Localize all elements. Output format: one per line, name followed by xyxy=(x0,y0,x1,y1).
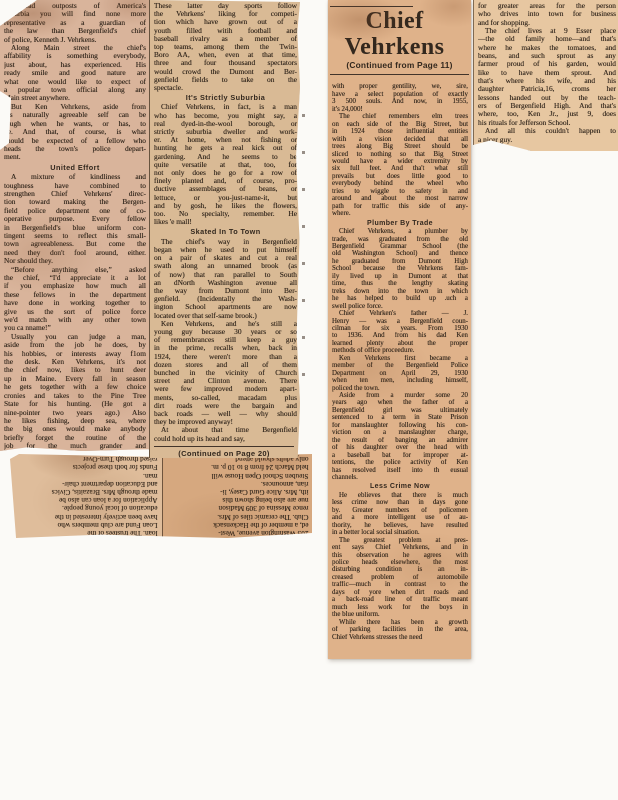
text-line: began when he used to put himself xyxy=(154,246,297,254)
text-line: who has become, you might say, a xyxy=(154,112,297,120)
text-line: tingent seems to reflect this small- xyxy=(4,232,146,240)
text-line: Loan Fund are club members who xyxy=(14,521,158,529)
text-line: aside from the job he does, by xyxy=(4,341,146,349)
upside-down-right-text: 205 Washington avenue, West-ed, a member… xyxy=(163,454,313,538)
text-line: He eblieves that there is much xyxy=(332,492,468,499)
text-line: prevails but does little good to xyxy=(332,173,468,180)
text-line: The chief remembers elm trees xyxy=(332,113,468,120)
text-line: the chief, “I'd appreciate it a lot xyxy=(4,274,146,282)
text-line: methods of office proceedure. xyxy=(332,347,468,354)
text-line: less crime now than in days gone xyxy=(332,499,468,506)
text-line: top teams, among them the Twin- xyxy=(154,43,297,51)
text-line: when ten men, including himself, xyxy=(332,377,468,384)
paragraph: He eblieves that there is muchless crime… xyxy=(332,492,468,537)
upside-down-right-piece: 205 Washington avenue, West-ed, a member… xyxy=(162,454,313,538)
text-line: nue are also being shown this xyxy=(167,496,309,504)
text-line: thority, he believes, have resulted xyxy=(332,522,468,529)
text-line: an dNorth Washington avenue all xyxy=(154,279,297,287)
clipping-right-column: for greater areas for the personwho driv… xyxy=(473,0,618,151)
clipping-chief-vehrkens: Chief Vehrkens (Continued from Page 11) … xyxy=(328,0,471,659)
text-line: time, thus the lengthy skating xyxy=(332,280,468,287)
text-line: a back-road line of traffic meant xyxy=(332,596,468,603)
text-line: a popular town official along any xyxy=(4,86,146,94)
text-line: sliced to nothing so that Big Street xyxy=(332,151,468,158)
text-line: three and four thousand spectators xyxy=(154,59,297,67)
text-line: for greater areas for the person xyxy=(478,2,616,10)
text-line: While there has been a growth xyxy=(332,619,468,626)
section-subhead: Less Crime Now xyxy=(332,483,468,490)
section-subhead: United Effort xyxy=(4,164,146,172)
text-line: a baseball bat for improper at- xyxy=(332,452,468,459)
text-line: genfield. (Incidentally the Wash- xyxy=(154,295,297,303)
paragraph: These latter day sports followthe Vehrke… xyxy=(154,2,297,92)
text-line: tentions, the police activity of Ken xyxy=(332,459,468,466)
paragraph: “Before anything else,” askedthe chief, … xyxy=(4,266,146,333)
text-line: sidespread outposts of America's xyxy=(4,2,146,10)
text-line: in a better local social situation. xyxy=(332,529,468,536)
text-line: we'd match with any other town xyxy=(4,316,146,324)
text-line: and Education department chair- xyxy=(14,480,158,488)
text-line: around and about the most narrow xyxy=(332,195,468,202)
text-line: they be improved anyway! xyxy=(154,418,297,426)
text-line: man. xyxy=(14,471,158,479)
text-line: like to have them sprout. And xyxy=(478,69,616,77)
upside-down-left-text: loan. The trustees of theLoan Fund are c… xyxy=(10,454,162,538)
text-line: Chief Vehrkens, in fact, is a man xyxy=(154,103,297,111)
text-line: the result of banging an admirer xyxy=(332,437,468,444)
text-line: Usually you can judge a man, xyxy=(4,333,146,341)
text-line: 3 500 souls. And now, in 1955, xyxy=(332,98,468,105)
text-line: —the old family home—and that's xyxy=(478,35,616,43)
text-line: The chief lives at 9 Esser place xyxy=(478,27,616,35)
text-line: education of local young people. xyxy=(14,504,158,512)
clipping-upside-down-fragment: loan. The trustees of theLoan Fund are c… xyxy=(10,454,312,538)
text-line: by. Greater numbers of policemen xyxy=(332,507,468,514)
text-line: street and Clinton avenue. There xyxy=(154,377,297,385)
text-line: creased problem of automobile xyxy=(332,574,468,581)
text-line: has resolved itself into th eusual xyxy=(332,467,468,474)
text-line: lessons handed out by the teach- xyxy=(478,94,616,102)
text-line: ments, so-called, macadam plus xyxy=(154,394,297,402)
text-line: Chief Vehrkens stresses the need xyxy=(332,634,468,641)
paragraph: with proper gentility, we, sire,have a s… xyxy=(332,83,468,113)
text-line: the way from Dumont into Ber- xyxy=(154,287,297,295)
text-line: police heads elsewhere, the most xyxy=(332,559,468,566)
text-line: Aside from a murder some 20 xyxy=(332,392,468,399)
text-line: witih a vision decided that all xyxy=(332,136,468,143)
text-line: At about that time Bergenfield xyxy=(154,426,297,434)
text-line: the big ones would make anybody xyxy=(4,425,146,433)
paragraph: The chief's way in Bergenfieldbegan when… xyxy=(154,238,297,320)
paragraph: for greater areas for the personwho driv… xyxy=(478,2,616,27)
paragraph: At about that time Bergenfieldcould hold… xyxy=(154,426,297,442)
text-line: member of the Bergenfield Police xyxy=(332,362,468,369)
text-line: genfield fields to take on the xyxy=(154,76,297,84)
continued-on-page-note: (Continued on Page 20) xyxy=(154,446,294,458)
text-line: cronies and takes to the Pine Tree xyxy=(4,392,146,400)
text-line: everybody behind the wheel who xyxy=(332,180,468,187)
paragraph: A mixture of kindliness andtoughness hav… xyxy=(4,173,146,265)
article-headline: Chief Vehrkens xyxy=(328,8,471,60)
text-line: days of yore when dirt roads and xyxy=(332,589,468,596)
text-line: town agreeableness. But come the xyxy=(4,240,146,248)
text-line: cilman for six years. From 1930 xyxy=(332,325,468,332)
text-line: sentenced to a term in State Prison xyxy=(332,414,468,421)
text-line: beans, and such sprout as any xyxy=(478,52,616,60)
text-line: suburbia you will find none more xyxy=(4,10,146,18)
text-line: ed, a member of the Hackensack xyxy=(167,521,309,529)
text-line: too. No specialty, remember. He xyxy=(154,210,297,218)
paragraph: Ken Vehrkens first became amember of the… xyxy=(332,355,468,392)
text-line: dozen stores and all of them xyxy=(154,361,297,369)
text-line: real dyed-in-the-wool borough, or xyxy=(154,120,297,128)
text-line: made through Mrs. Brazaitis, Civics xyxy=(14,488,158,496)
text-line: he gets together with a few choice xyxy=(4,383,146,391)
text-line: tion toward making the Bergen- xyxy=(4,198,146,206)
text-line: Henry — was a Bergenfield coun- xyxy=(332,318,468,325)
text-line: learned plenty about the proper xyxy=(332,340,468,347)
text-line: in the prime, recalls when, back in xyxy=(154,344,297,352)
clipping-left-column: sidespread outposts of America'ssuburbia… xyxy=(0,0,149,451)
paragraph: The chief lives at 9 Esser place—the old… xyxy=(478,27,616,127)
text-line: strictly suburbia dweller and work- xyxy=(154,128,297,136)
paragraph: The chief remembers elm treeson each sid… xyxy=(332,113,468,217)
text-line: ington School apartments are now xyxy=(154,303,297,311)
text-line: could hold up its head and say, xyxy=(154,435,297,443)
text-line: ent says Chief Vehrkens, and in xyxy=(332,544,468,551)
text-line: policed the town. xyxy=(332,385,468,392)
text-line: quite versatile at that, too, for xyxy=(154,161,297,169)
text-line: swell police force. xyxy=(332,303,468,310)
continued-from-page-note: (Continued from Page 11) xyxy=(328,62,471,69)
text-line: his hobbies, or interests away f1om xyxy=(4,350,146,358)
text-line: the law than Bergenfield's chief xyxy=(4,27,146,35)
text-line: these fellows in the department xyxy=(4,291,146,299)
text-line: likes 'e mall! xyxy=(154,218,297,226)
paragraph: Along Main street the chief'saffability … xyxy=(4,44,146,103)
text-line: spectacle. xyxy=(154,84,297,92)
text-line: swath along an unnamed brook (as xyxy=(154,262,297,270)
text-line: hunting he gets a real kick out of xyxy=(154,144,297,152)
text-line: ductive assemblages of beans, or xyxy=(154,185,297,193)
text-line: baseball rivalry as a member of xyxy=(154,35,297,43)
text-line: finely planted and, of course, pro- xyxy=(154,177,297,185)
paragraph: Chief Vehrkens, a plumber bytrade, was g… xyxy=(332,228,468,310)
text-line: heads the town's police depart- xyxy=(4,145,146,153)
text-line: rian, announces. xyxy=(167,480,309,488)
text-line: his naturally agreeable self can be xyxy=(4,111,146,119)
text-line: toughness have combined to xyxy=(4,182,146,190)
text-line: his rituals for Jefferson School. xyxy=(478,119,616,127)
text-line: tion which have grown out of a xyxy=(154,18,297,26)
text-line: ers of Bergenfield High. And that's xyxy=(478,102,616,110)
text-line: you ca nname!” xyxy=(4,324,146,332)
upside-down-left-piece: loan. The trustees of theLoan Fund are c… xyxy=(10,454,162,538)
text-line: farmer proud of his garden, would xyxy=(478,60,616,68)
text-line: six full feet. And tha't what still xyxy=(332,165,468,172)
section-subhead: It's Strictly Suburbia xyxy=(154,94,297,102)
text-line: a nicer guy. xyxy=(478,136,616,144)
text-line: The greatest problem at pres- xyxy=(332,537,468,544)
text-line: of his daughter over the head with xyxy=(332,444,468,451)
text-line: rence Messina of 309 Madison xyxy=(167,504,309,512)
text-line: viction on a manslaughter charge, xyxy=(332,429,468,436)
text-line: what one would like to expect of xyxy=(4,78,146,86)
text-line: should be expected of a fellow who xyxy=(4,137,146,145)
text-line: Bergenfield Grammar School (the xyxy=(332,243,468,250)
text-line: he has helped to build up .uch a xyxy=(332,295,468,302)
text-line: School because the Vehrkens fam- xyxy=(332,265,468,272)
paragraph: While there has been a growthof parking … xyxy=(332,619,468,641)
text-line: Ken Vehrkens, and he's still a xyxy=(154,320,297,328)
text-line: years ago when the father of a xyxy=(332,399,468,406)
section-subhead: Skated In To Town xyxy=(154,228,297,236)
text-line: need they don't fool around, either. xyxy=(4,249,146,257)
text-line: channels. xyxy=(332,474,468,481)
text-line: back roads — well — why should xyxy=(154,410,297,418)
paragraph: The greatest problem at pres-ent says Ch… xyxy=(332,537,468,619)
text-line: he likes fishing, deep sea, where xyxy=(4,417,146,425)
text-line: disturbing condition is an in- xyxy=(332,566,468,573)
text-line: of parking facilities in the area, xyxy=(332,626,468,633)
main-column-text: with proper gentility, we, sire,have a s… xyxy=(328,81,471,641)
text-line: have done in working together to xyxy=(4,299,146,307)
text-line: Nor should they. xyxy=(4,257,146,265)
text-line: and for shopping. xyxy=(478,19,616,27)
clipping-middle-column: These latter day sports followthe Vehrke… xyxy=(149,0,300,458)
text-line: loan. The trustees of the xyxy=(14,529,158,537)
text-line: daughter Patricia,16, croms her xyxy=(478,85,616,93)
text-line: field police department one of co- xyxy=(4,207,146,215)
text-line: this observation he agrees with xyxy=(332,552,468,559)
text-line: path for traffic this side of any- xyxy=(332,203,468,210)
text-line: Chief Vehrkens, a plumber by xyxy=(332,228,468,235)
text-line: have been actively interested in the xyxy=(14,512,158,520)
text-line: would crowd the Dumont and Ber- xyxy=(154,68,297,76)
text-line: on each side of the Big Street, but xyxy=(332,121,468,128)
text-line: ith, Mrs. Alice Gurd Casey, li- xyxy=(167,488,309,496)
text-line: on a pair of skates and cut a real xyxy=(154,254,297,262)
text-line: lettuce, or you-just-name-it, but xyxy=(154,194,297,202)
text-line: dirt roads were the bargain and xyxy=(154,402,297,410)
headline-bottom-rule xyxy=(330,74,469,75)
paragraph: Chief Vehrkens, in fact, is a manwho has… xyxy=(154,103,297,226)
paragraph: Ken Vehrkens, and he's still ayoung guy … xyxy=(154,320,297,427)
paragraph: Usually you can judge a man,aside from t… xyxy=(4,333,146,451)
text-line: were few improved modern apart- xyxy=(154,385,297,393)
text-line: nine-pointer two years ago.) Also xyxy=(4,409,146,417)
text-line: if you emphasize how much all xyxy=(4,282,146,290)
paragraph: sidespread outposts of America'ssuburbia… xyxy=(4,2,146,44)
text-line: Department on April 29, 1930 xyxy=(332,370,468,377)
middle-column-text: These latter day sports followthe Vehrke… xyxy=(150,0,300,443)
text-line: operative purpose. Every fellow xyxy=(4,215,146,223)
text-line: in 1924 those influential entities xyxy=(332,128,468,135)
paragraph: Aside from a murder some 20years ago whe… xyxy=(332,392,468,481)
text-line: and a more intelligent use of au- xyxy=(332,514,468,521)
text-line: the chief now, likes to hunt deer xyxy=(4,366,146,374)
text-line: Main street anywhere. xyxy=(4,94,146,102)
text-line: raised through Turn-Over xyxy=(14,455,158,463)
text-line: where he makes the tomatoes, and xyxy=(478,44,616,52)
left-column-text: sidespread outposts of America'ssuburbia… xyxy=(0,0,149,451)
text-line: A mixture of kindliness and xyxy=(4,173,146,181)
text-line: Boro AA, when, even at that time, xyxy=(154,51,297,59)
text-line: tough when he wants, or has, to xyxy=(4,120,146,128)
text-line: would have a wider extremity by xyxy=(332,158,468,165)
text-line: Ken Vehrkens first became a xyxy=(332,355,468,362)
text-line: tries to wiggle to safety in and xyxy=(332,188,468,195)
text-line: for manslaughter following his con- xyxy=(332,422,468,429)
text-line: Steuben School Open House will xyxy=(167,471,309,479)
text-line: ily lived up in Dumont at that xyxy=(332,273,468,280)
text-line: traffic—much in contrast to the xyxy=(332,581,468,588)
text-line: where. xyxy=(332,210,468,217)
text-line: of police, Kenneth J. Vehrkens. xyxy=(4,36,146,44)
text-line: ment. xyxy=(4,153,146,161)
text-line: just about, has experienced. His xyxy=(4,61,146,69)
text-line: Application for a loan can also be xyxy=(14,496,158,504)
paragraph: But Ken Vehrkens, aside fromhis naturall… xyxy=(4,103,146,162)
text-line: Club. The ceramic tiles of Mrs. xyxy=(167,512,309,520)
text-line: affability is something everybody, xyxy=(4,52,146,60)
text-line: it's 24,000! xyxy=(332,106,468,113)
section-subhead: Plumber By Trade xyxy=(332,220,468,227)
text-line: Chief Vehrken's father — J. xyxy=(332,310,468,317)
paragraph: Chief Vehrken's father — J.Henry — was a… xyxy=(332,310,468,355)
text-line: job for the much grander and xyxy=(4,442,146,450)
text-line: to 1936. And from his dad Ken xyxy=(332,332,468,339)
text-line: State for his hunting. (He got a xyxy=(4,400,146,408)
text-line: “Before anything else,” asked xyxy=(4,266,146,274)
text-line: young guy because 30 years or so xyxy=(154,328,297,336)
text-line: representative as a guardian of xyxy=(4,19,146,27)
text-line: located over that self-same brook.) xyxy=(154,312,297,320)
text-line: trees along Big Street should be xyxy=(332,143,468,150)
text-line: ready smile and good nature are xyxy=(4,69,146,77)
text-line: with proper gentility, we, sire, xyxy=(332,83,468,90)
text-line: The chief's way in Bergenfield xyxy=(154,238,297,246)
text-line: up in Maine. Every fall in season xyxy=(4,375,146,383)
text-line: 1924, there weren't more than a xyxy=(154,353,297,361)
text-line: Along Main street the chief's xyxy=(4,44,146,52)
text-line: have a select population of exactly xyxy=(332,91,468,98)
text-line: 205 Washington avenue, West- xyxy=(167,529,309,537)
text-line: old Washington School) and thence xyxy=(332,250,468,257)
text-line: much less work for the boys in xyxy=(332,604,468,611)
text-line: And all this couldn't happen to xyxy=(478,127,616,135)
text-line: gardening. And he seems to be xyxy=(154,153,297,161)
newspaper-clipping-scan: sidespread outposts of America'ssuburbia… xyxy=(0,0,618,800)
text-line: in Bergenfield's blue uniform con- xyxy=(4,224,146,232)
text-line: not only does he go for a row of xyxy=(154,169,297,177)
text-line: Funds for both these projects xyxy=(14,463,158,471)
text-line: bunched in the vicinity of Church xyxy=(154,369,297,377)
text-line: who drives into town for business xyxy=(478,10,616,18)
text-line: where, too, Ken Jr., just 9, does xyxy=(478,110,616,118)
text-line: be. And that, of course, is what xyxy=(4,128,146,136)
text-line: youth filled witih football and xyxy=(154,27,297,35)
text-line: he graduated from Dumont High xyxy=(332,258,468,265)
text-line: briefly forget the routine of the xyxy=(4,434,146,442)
text-line: of now) that ran parallel to South xyxy=(154,271,297,279)
right-column-text: for greater areas for the personwho driv… xyxy=(474,0,618,144)
headline-top-rule xyxy=(330,6,413,7)
text-line: the blue uniform. xyxy=(332,611,468,618)
text-line: trade, was graduated from the old xyxy=(332,236,468,243)
text-line: the Vehrkens' liking for competi- xyxy=(154,10,297,18)
text-line: the desk. Ken Vehrkens, it's not xyxy=(4,358,146,366)
text-line: strengthen Chief Vehrkens' direc- xyxy=(4,190,146,198)
paragraph: And all this couldn't happen toa nicer g… xyxy=(478,127,616,144)
text-line: of remembrances still keep a guy xyxy=(154,336,297,344)
text-line: treks down into the town in which xyxy=(332,288,468,295)
text-line: Bergenfield girl was ultimately xyxy=(332,407,468,414)
torn-edge-fragments xyxy=(302,80,305,410)
text-line: that's where his wife, and his xyxy=(478,77,616,85)
text-line: These latter day sports follow xyxy=(154,2,297,10)
text-line: er. At home, when not fishing or xyxy=(154,136,297,144)
text-line: give us the sort of police force xyxy=(4,308,146,316)
text-line: and by gosh, he likes the flowers, xyxy=(154,202,297,210)
text-line: held March 24 from 8 to 10 p. m. xyxy=(167,463,309,471)
text-line: But Ken Vehrkens, aside from xyxy=(4,103,146,111)
